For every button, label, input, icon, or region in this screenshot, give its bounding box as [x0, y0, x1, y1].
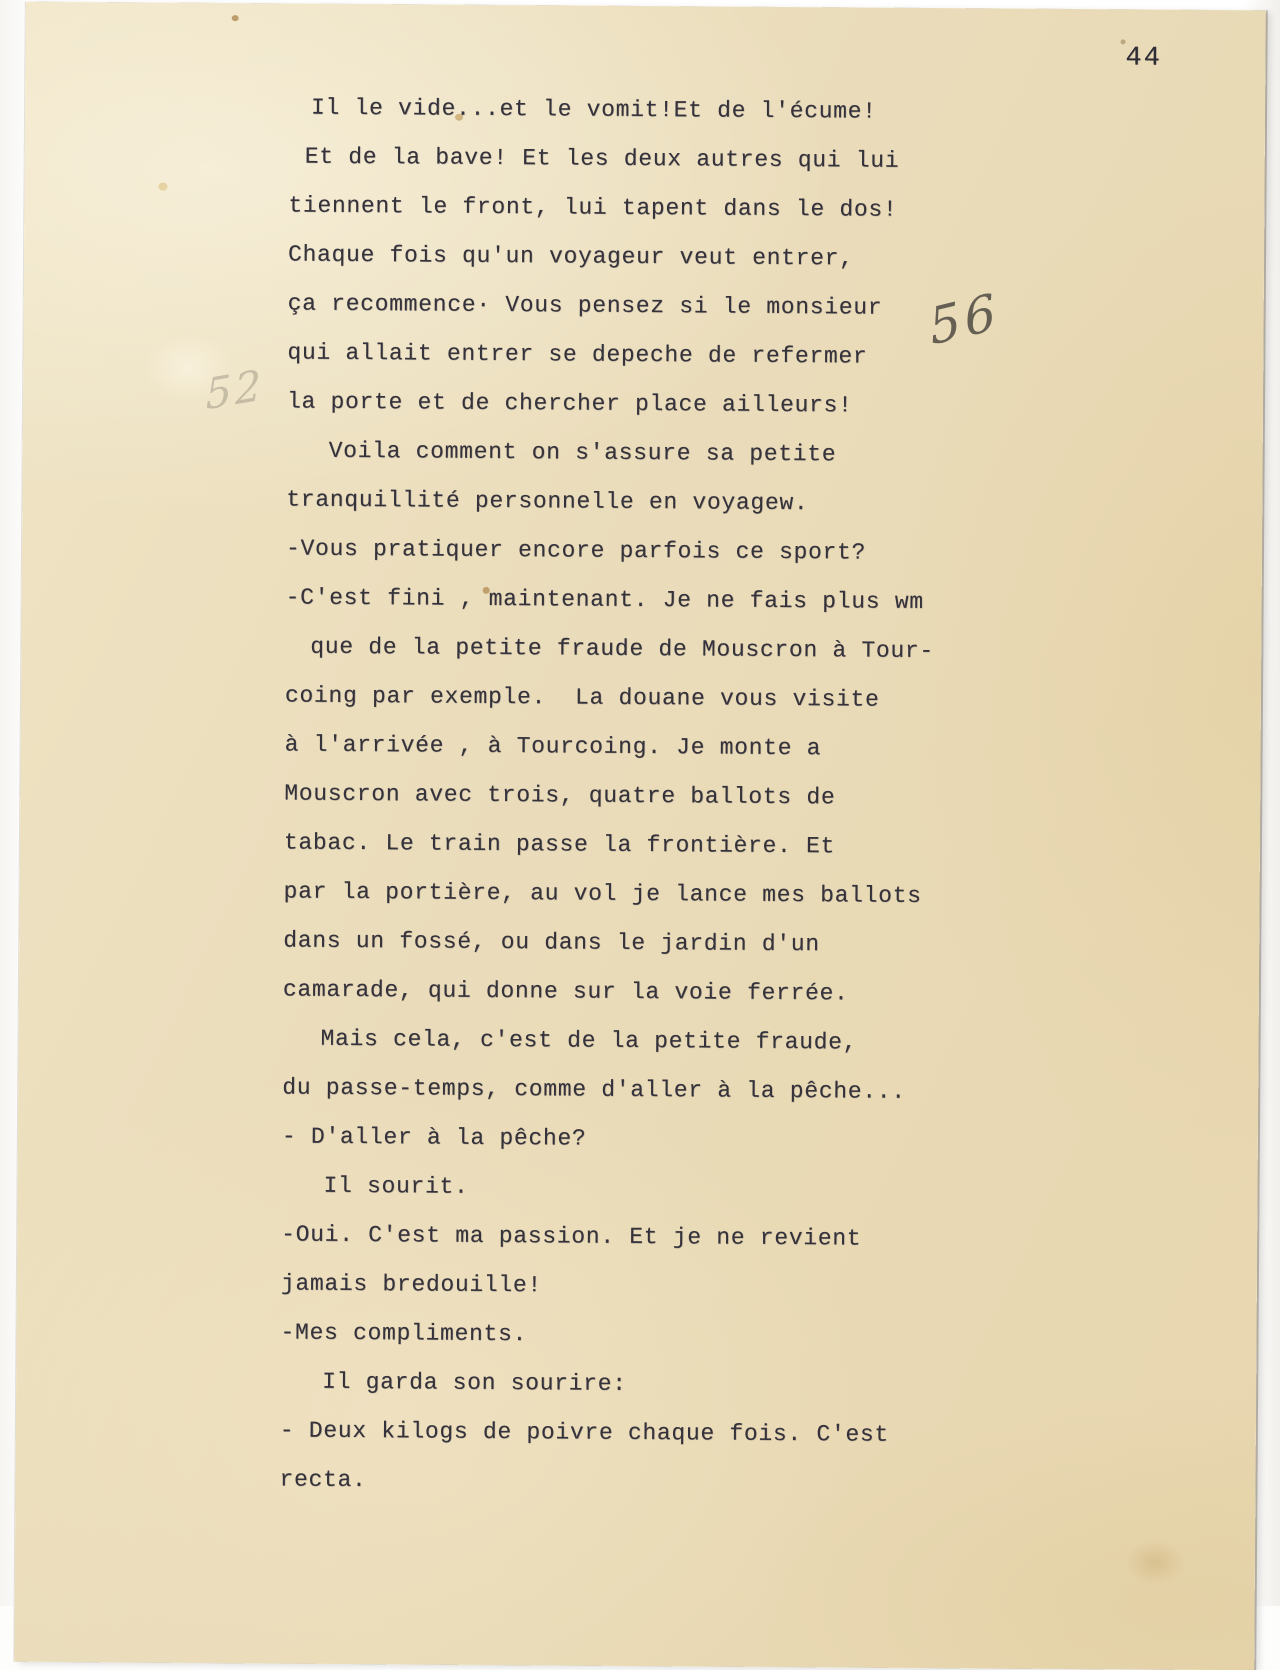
text-line: la porte et de chercher place ailleurs! [287, 378, 1007, 432]
text-line: ça recommence· Vous pensez si le monsieu… [288, 280, 1008, 334]
text-line: jamais bredouille! [281, 1260, 1001, 1314]
text-line: Voila comment on s'assure sa petite [329, 427, 1007, 481]
text-line: -Mes compliments. [280, 1309, 1000, 1363]
text-line: camarade, qui donne sur la voie ferrée. [283, 966, 1003, 1020]
text-line: dans un fossé, ou dans le jardin d'un [283, 917, 1003, 971]
text-line: -C'est fini , maintenant. Je ne fais plu… [285, 574, 1005, 628]
foxing-spot [232, 15, 239, 21]
text-line: -Oui. C'est ma passion. Et je ne revient [281, 1211, 1001, 1265]
text-line: - D'aller à la pêche? [282, 1113, 1002, 1167]
foxing-spot [158, 183, 167, 191]
document-page: 44 56 52 Il le vide...et le vomit!Et de … [14, 2, 1266, 1606]
stain [1125, 1539, 1185, 1584]
text-line: -Vous pratiquer encore parfois ce sport? [286, 525, 1006, 579]
text-line: Chaque fois qu'un voyageur veut entrer, [288, 231, 1008, 285]
text-line: - Deux kilogs de poivre chaque fois. C'e… [280, 1407, 1000, 1461]
text-line: tiennent le front, lui tapent dans le do… [288, 182, 1008, 236]
handwritten-number-left: 52 [205, 360, 265, 419]
text-line: tabac. Le train passe la frontière. Et [284, 819, 1004, 873]
text-line: Il sourit. [323, 1162, 1001, 1216]
page-number: 44 [1125, 43, 1162, 73]
text-line: que de la petite fraude de Mouscron à To… [310, 623, 1005, 677]
text-line: du passe-temps, comme d'aller à la pêche… [282, 1064, 1002, 1118]
text-line: Il le vide...et le vomit!Et de l'écume! [311, 84, 1009, 138]
text-line: Mais cela, c'est de la petite fraude, [320, 1015, 1002, 1069]
text-block: Il le vide...et le vomit!Et de l'écume!E… [279, 84, 1009, 1510]
text-line: Mouscron avec trois, quatre ballots de [284, 770, 1004, 824]
text-line: à l'arrivée , à Tourcoing. Je monte a [284, 721, 1004, 775]
text-line: tranquillité personnelle en voyagew. [286, 476, 1006, 530]
text-line: Et de la bave! Et les deux autres qui lu… [305, 133, 1009, 187]
text-line: Il garda son sourire: [322, 1358, 1000, 1412]
text-line: coing par exemple. La douane vous visite [285, 672, 1005, 726]
text-line: recta. [279, 1455, 999, 1509]
text-line: par la portière, au vol je lance mes bal… [283, 868, 1003, 922]
text-line: qui allait entrer se depeche de refermer [287, 329, 1007, 383]
